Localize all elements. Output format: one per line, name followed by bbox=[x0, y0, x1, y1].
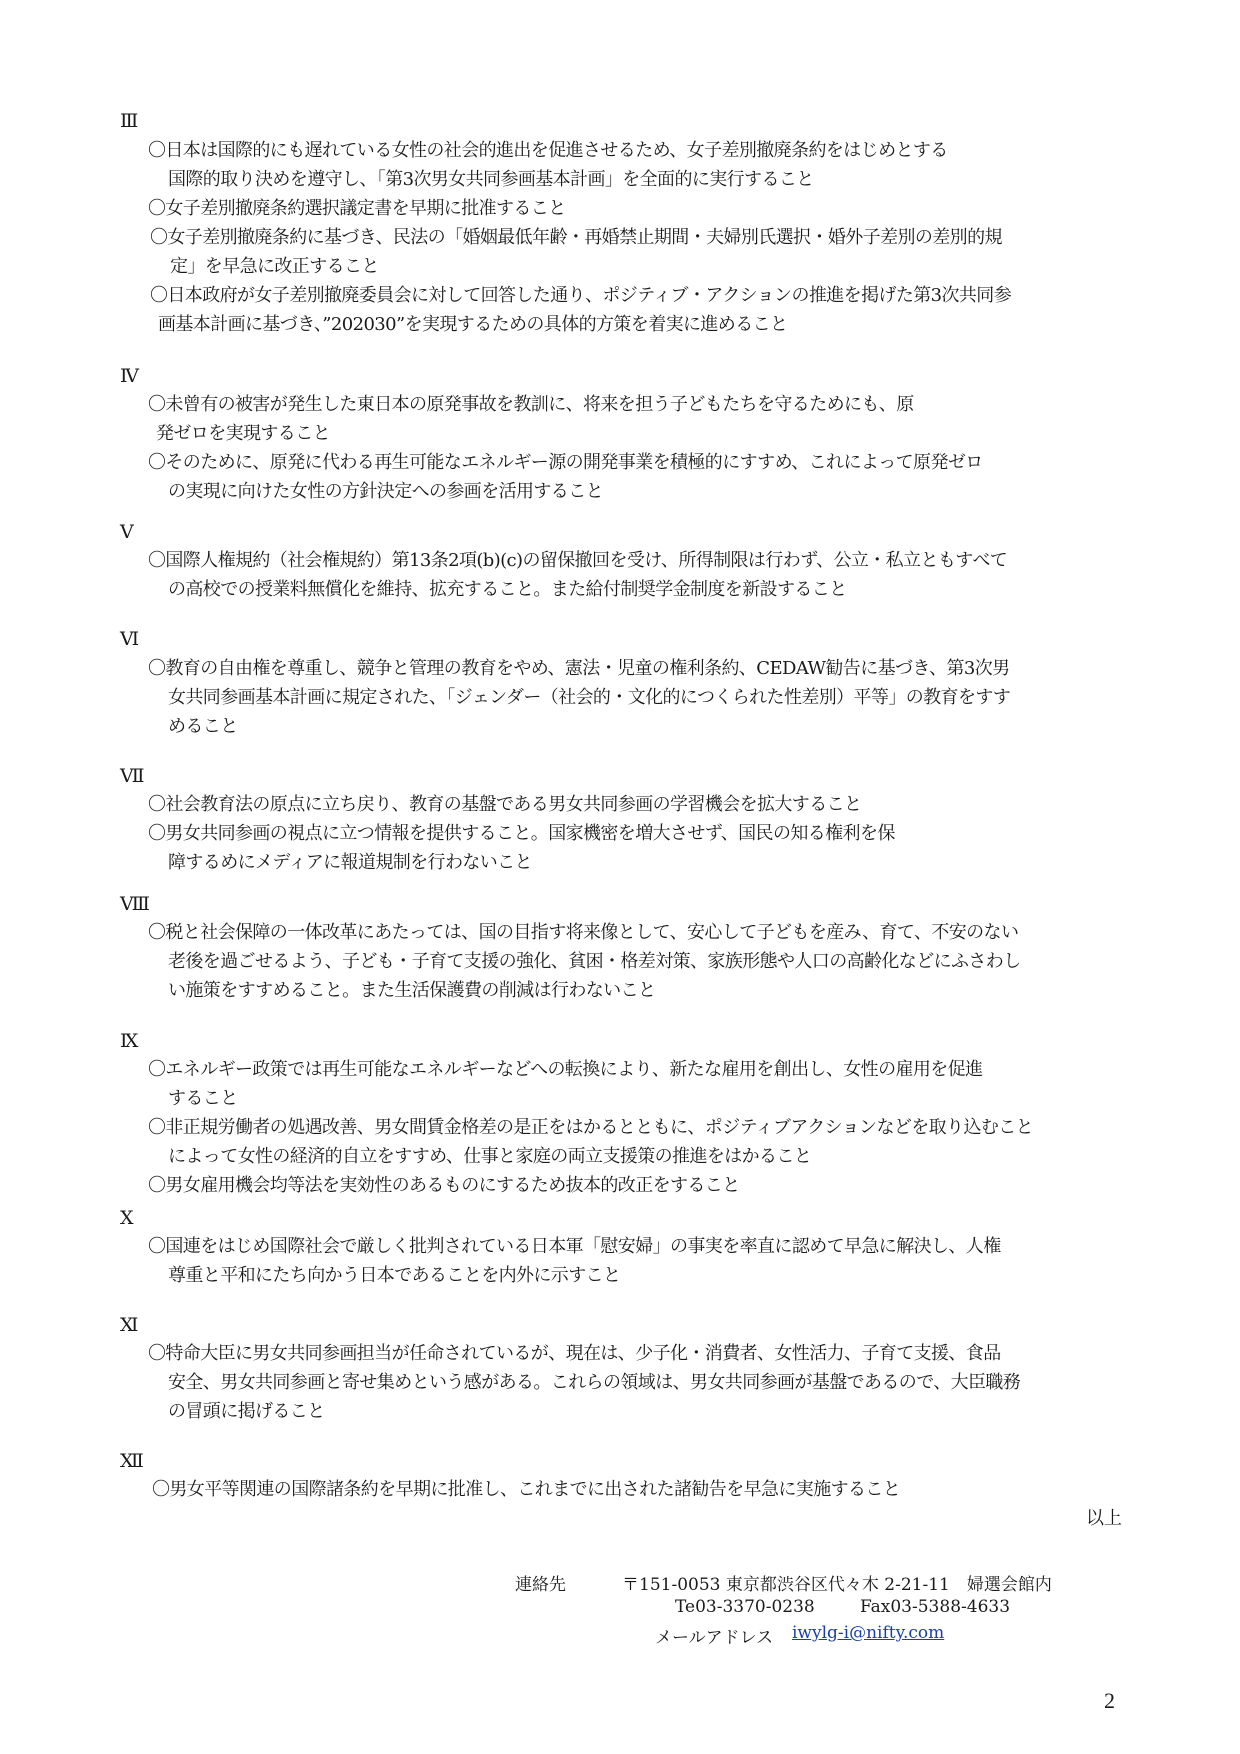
list-item: 〇非正規労働者の処遇改善、男女間賃金格差の是正をはかるとともに、ポジティブアクシ… bbox=[148, 1113, 1033, 1171]
section-numeral-10: Ⅹ bbox=[120, 1207, 133, 1231]
list-item: 〇税と社会保障の一体改革にあたっては、国の目指す将来像として、安心して子どもを産… bbox=[148, 918, 1021, 1005]
email-link[interactable]: iwylg-i@nifty.com bbox=[792, 1623, 944, 1643]
list-item: 〇国連をはじめ国際社会で厳しく批判されている日本軍「慰安婦」の事実を率直に認めて… bbox=[148, 1232, 1001, 1290]
contact-label: 連絡先 bbox=[515, 1570, 566, 1595]
list-item: 〇女子差別撤廃条約選択議定書を早期に批准すること bbox=[148, 194, 566, 223]
list-item: 〇特命大臣に男女共同参画担当が任命されているが、現在は、少子化・消費者、女性活力… bbox=[148, 1339, 1020, 1426]
section-numeral-4: Ⅳ bbox=[120, 365, 138, 389]
list-item: 〇社会教育法の原点に立ち戻り、教育の基盤である男女共同参画の学習機会を拡大するこ… bbox=[148, 790, 861, 819]
contact-fax: Fax03-5388-4633 bbox=[860, 1597, 1010, 1617]
list-item: 〇男女平等関連の国際諸条約を早期に批准し、これまでに出された諸勧告を早急に実施す… bbox=[152, 1475, 900, 1504]
section-numeral-9: Ⅸ bbox=[120, 1030, 137, 1054]
page-number: 2 bbox=[1104, 1688, 1115, 1714]
contact-email-label: メールアドレス bbox=[655, 1623, 773, 1648]
section-numeral-3: Ⅲ bbox=[120, 110, 137, 134]
section-numeral-7: Ⅶ bbox=[120, 765, 144, 789]
list-item: 〇男女共同参画の視点に立つ情報を提供すること。国家機密を増大させず、国民の知る権… bbox=[148, 819, 895, 877]
section-numeral-12: Ⅻ bbox=[120, 1450, 143, 1474]
document-page: Ⅲ 〇日本は国際的にも遅れている女性の社会的進出を促進させるため、女子差別撤廃条… bbox=[0, 0, 1240, 1754]
list-item: 〇そのために、原発に代わる再生可能なエネルギー源の開発事業を積極的にすすめ、これ… bbox=[148, 448, 983, 506]
section-numeral-11: Ⅺ bbox=[120, 1314, 137, 1338]
section-numeral-8: Ⅷ bbox=[120, 893, 149, 917]
list-item: 〇日本政府が女子差別撤廃委員会に対して回答した通り、ポジティブ・アクションの推進… bbox=[150, 281, 1011, 339]
list-item: 〇教育の自由権を尊重し、競争と管理の教育をやめ、憲法・児童の権利条約、CEDAW… bbox=[148, 654, 1010, 741]
contact-tel: Te03-3370-0238 bbox=[675, 1597, 815, 1617]
contact-address: 〒151-0053 東京都渋谷区代々木 2-21-11 婦選会館内 bbox=[622, 1570, 1052, 1595]
closing-mark: 以上 bbox=[1086, 1504, 1122, 1530]
list-item: 〇男女雇用機会均等法を実効性のあるものにするため抜本的改正をすること bbox=[148, 1171, 740, 1200]
section-numeral-6: Ⅵ bbox=[120, 628, 138, 652]
list-item: 〇未曾有の被害が発生した東日本の原発事故を教訓に、将来を担う子どもたちを守るため… bbox=[148, 390, 914, 448]
list-item: 〇日本は国際的にも遅れている女性の社会的進出を促進させるため、女子差別撤廃条約を… bbox=[148, 136, 948, 194]
section-numeral-5: Ⅴ bbox=[120, 521, 133, 545]
list-item: 〇国際人権規約（社会権規約）第13条2項(b)(c)の留保撤回を受け、所得制限は… bbox=[148, 546, 1007, 604]
list-item: 〇女子差別撤廃条約に基づき、民法の「婚姻最低年齢・再婚禁止期間・夫婦別氏選択・婚… bbox=[150, 223, 1002, 281]
list-item: 〇エネルギー政策では再生可能なエネルギーなどへの転換により、新たな雇用を創出し、… bbox=[148, 1055, 982, 1113]
contact-email[interactable]: iwylg-i@nifty.com bbox=[792, 1623, 944, 1643]
